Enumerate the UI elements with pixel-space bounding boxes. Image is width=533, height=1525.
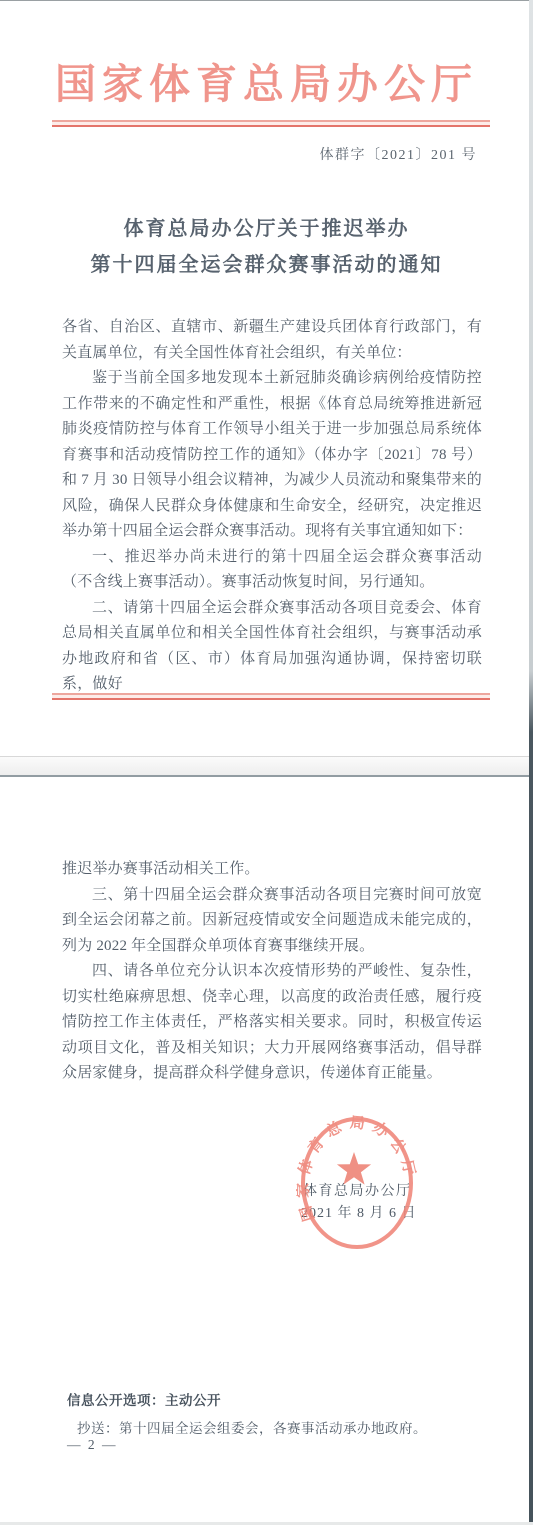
page2-body: 推迟举办赛事活动相关工作。 三、第十四届全运会群众赛事活动各项目完赛时间可放宽到… <box>0 777 533 1087</box>
carbon-copy-line: 抄送：第十四届全运会组委会，各赛事活动承办地政府。 <box>77 1417 427 1437</box>
page-number: — 2 — <box>67 1437 118 1453</box>
body-paragraph-item2-start: 二、请第十四届全运会群众赛事活动各项目竞委会、体育总局相关直属单位和相关全国性体… <box>62 596 482 698</box>
document-reference-number: 体群字〔2021〕201 号 <box>0 144 533 164</box>
body-paragraph-item1: 一、推迟举办尚未进行的第十四届全运会群众赛事活动（不含线上赛事活动）。赛事活动恢… <box>62 545 482 596</box>
letterhead-divider-rule <box>52 120 490 127</box>
salutation-paragraph: 各省、自治区、直辖市、新疆生产建设兵团体育行政部门，有关直属单位，有关全国性体育… <box>62 315 482 366</box>
document-page-1: 国家体育总局办公厅 体群字〔2021〕201 号 体育总局办公厅关于推迟举办 第… <box>0 1 533 757</box>
body-paragraph-item3: 三、第十四届全运会群众赛事活动各项目完赛时间可放宽到全运会闭幕之前。因新冠疫情或… <box>62 883 482 960</box>
letterhead-agency-name: 国家体育总局办公厅 <box>0 51 533 110</box>
body-paragraph-preamble: 鉴于当前全国多地发现本土新冠肺炎确诊病例给疫情防控工作带来的不确定性和严重性，根… <box>62 366 482 545</box>
page1-footer-rule <box>52 693 490 700</box>
document-page-2: 推迟举办赛事活动相关工作。 三、第十四届全运会群众赛事活动各项目完赛时间可放宽到… <box>0 777 533 1525</box>
page-separator-gap <box>0 757 533 777</box>
seal-star-icon <box>337 1152 371 1185</box>
scan-top-edge <box>0 0 533 1</box>
disclosure-option-line: 信息公开选项：主动公开 <box>67 1389 221 1409</box>
page1-body: 各省、自治区、直辖市、新疆生产建设兵团体育行政部门，有关直属单位，有关全国性体育… <box>0 315 533 698</box>
body-paragraph-item4: 四、请各单位充分认识本次疫情形势的严峻性、复杂性，切实杜绝麻痹思想、侥幸心理，以… <box>62 959 482 1087</box>
scan-right-edge <box>529 0 533 1525</box>
notice-title: 体育总局办公厅关于推迟举办 第十四届全运会群众赛事活动的通知 <box>0 211 533 283</box>
official-seal-stamp-icon: 国家体育总局办公厅 <box>296 1113 418 1253</box>
scanned-notice-document: 国家体育总局办公厅 体群字〔2021〕201 号 体育总局办公厅关于推迟举办 第… <box>0 0 533 1525</box>
body-paragraph-item2-end: 推迟举办赛事活动相关工作。 <box>62 857 482 883</box>
notice-title-line1: 体育总局办公厅关于推迟举办 <box>0 211 533 247</box>
notice-title-line2: 第十四届全运会群众赛事活动的通知 <box>0 247 533 283</box>
